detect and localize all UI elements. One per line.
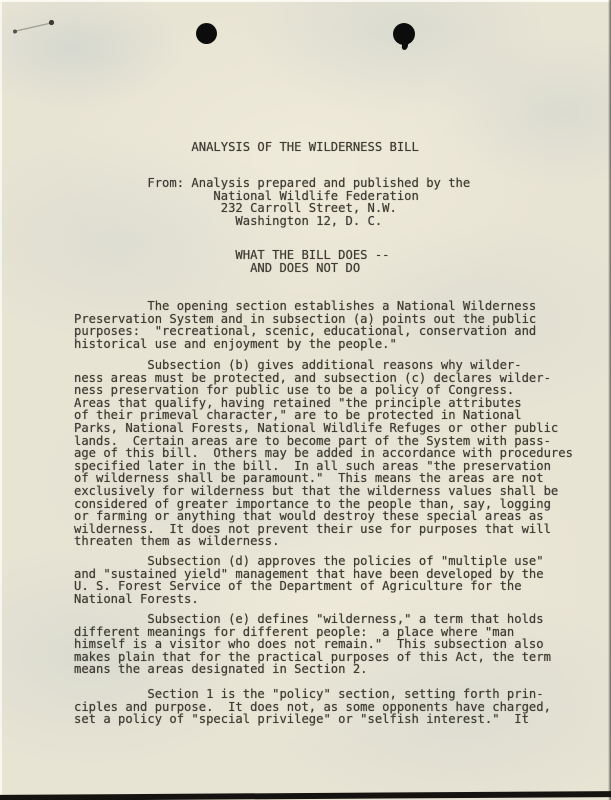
paragraph-opening-section: The opening section establishes a Nation… bbox=[74, 300, 536, 350]
paragraph-subsection-e: Subsection (e) defines "wilderness," a t… bbox=[74, 613, 551, 676]
scan-edge-top bbox=[0, 0, 611, 2]
scan-edge-left bbox=[0, 0, 2, 800]
document-page: ANALYSIS OF THE WILDERNESS BILL From: An… bbox=[0, 0, 611, 800]
document-title: ANALYSIS OF THE WILDERNESS BILL bbox=[74, 141, 419, 154]
scan-edge-bottom bbox=[0, 791, 611, 800]
paragraph-section-1: Section 1 is the "policy" section, setti… bbox=[74, 688, 551, 726]
paragraph-subsection-d: Subsection (d) approves the policies of … bbox=[74, 555, 544, 605]
source-attribution: From: Analysis prepared and published by… bbox=[74, 177, 470, 227]
pen-mark bbox=[10, 16, 60, 40]
paragraph-subsection-b-c: Subsection (b) gives additional reasons … bbox=[74, 359, 573, 548]
punch-hole-right bbox=[393, 23, 415, 45]
document-subtitle: WHAT THE BILL DOES -- AND DOES NOT DO bbox=[74, 249, 390, 274]
punch-hole-left bbox=[196, 23, 217, 44]
